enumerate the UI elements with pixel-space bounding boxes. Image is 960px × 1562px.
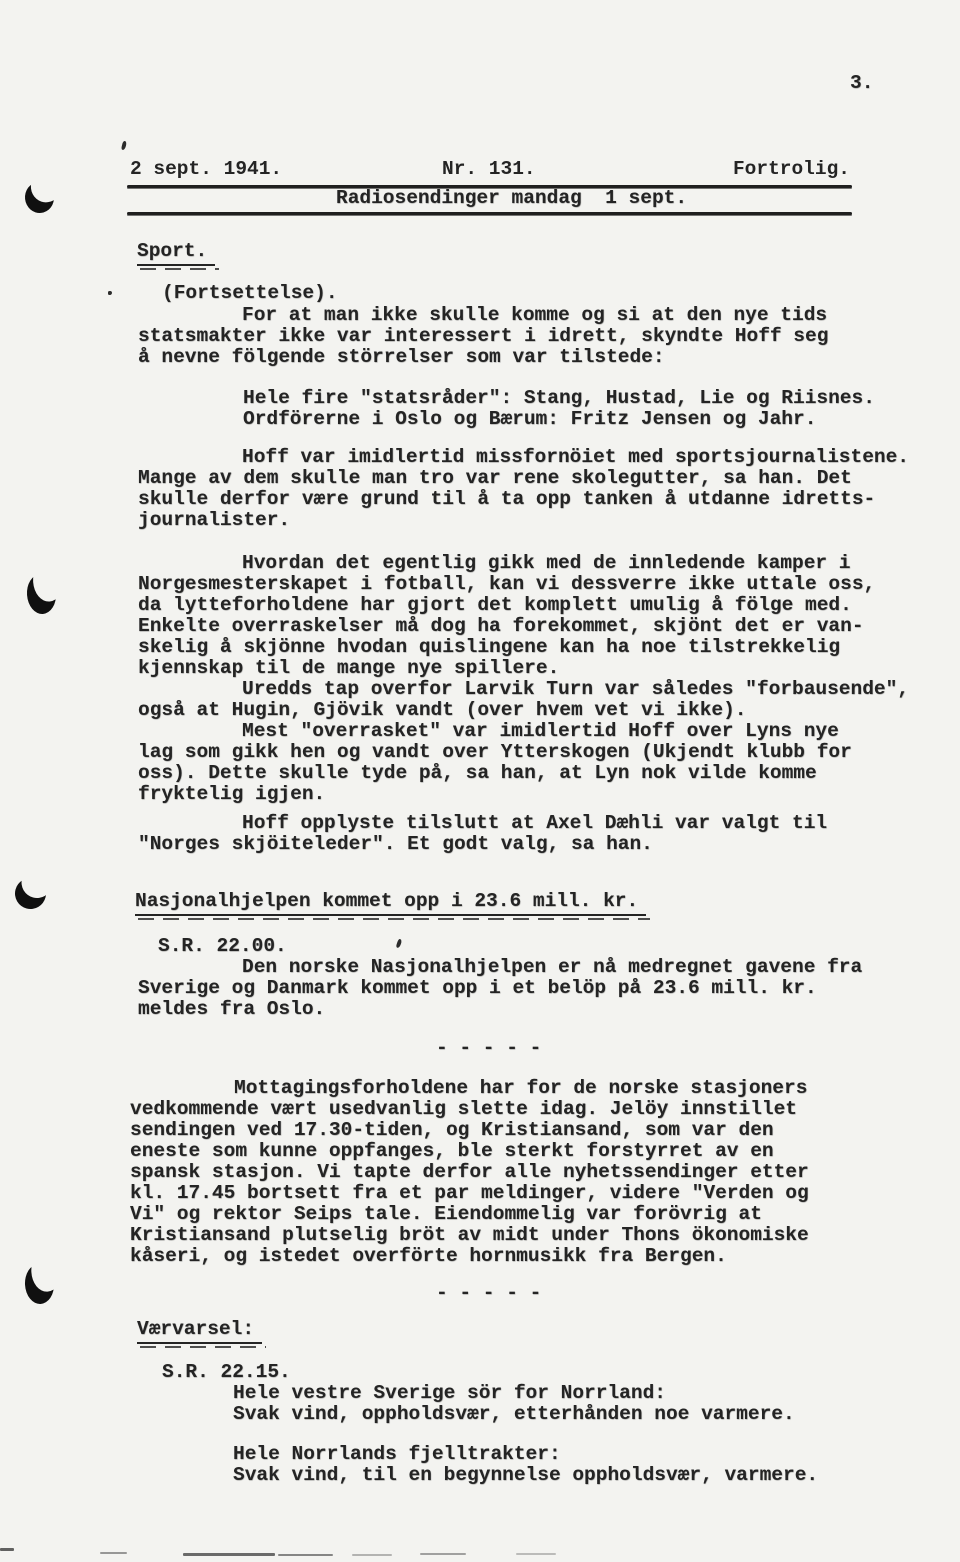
source-time-label: S.R. 22.00. — [158, 936, 287, 957]
sport-paragraph: Hvordan det egentlig gikk med de innlede… — [138, 553, 875, 679]
scan-edge-mark — [0, 1548, 14, 1551]
header-classification: Fortrolig. — [733, 159, 850, 180]
punch-hole-mark — [24, 1263, 55, 1304]
source-time-label: S.R. 22.15. — [162, 1362, 291, 1383]
sport-paragraph: For at man ikke skulle komme og si at de… — [138, 305, 828, 368]
sport-paragraph-attendees: Hele fire "statsråder": Stang, Hustad, L… — [243, 388, 875, 430]
section-heading-vaervarsel: Værvarsel: — [137, 1319, 262, 1344]
forecast-block: Hele vestre Sverige sör for Norrland: Sv… — [233, 1383, 795, 1425]
punch-hole-mark — [26, 573, 58, 615]
scan-edge-mark — [183, 1553, 275, 1556]
header-date: 2 sept. 1941. — [130, 159, 282, 180]
scanned-document-page: 3. 2 sept. 1941. Nr. 131. Fortrolig. Rad… — [0, 0, 960, 1562]
scan-edge-mark — [100, 1552, 127, 1554]
reception-paragraph: Mottagingsforholdene har for de norske s… — [130, 1078, 809, 1267]
punch-hole-mark — [23, 181, 55, 215]
nasjonalhjelpen-paragraph: Den norske Nasjonalhjelpen er nå medregn… — [138, 957, 862, 1020]
ink-speck — [108, 291, 112, 295]
scan-edge-mark — [516, 1553, 556, 1555]
scan-edge-mark — [278, 1554, 333, 1556]
forecast-block: Hele Norrlands fjelltrakter: Svak vind, … — [233, 1444, 818, 1486]
nasjonalhjelpen-heading-text: Nasjonalhjelpen kommet opp i 23.6 mill. … — [135, 891, 646, 916]
header-rule-bottom — [127, 212, 852, 215]
scan-edge-mark — [420, 1553, 466, 1555]
document-header-row: 2 sept. 1941. Nr. 131. Fortrolig. — [130, 159, 850, 182]
page-number: 3. — [850, 73, 873, 94]
vaervarsel-heading-text: Værvarsel: — [137, 1319, 262, 1344]
dash-separator: - - - - - — [436, 1283, 541, 1304]
ink-speck — [396, 939, 403, 949]
punch-hole-mark — [13, 876, 48, 911]
sport-paragraph: Hoff var imidlertid missfornöiet med spo… — [138, 447, 909, 531]
header-issue-number: Nr. 131. — [442, 159, 536, 180]
continuation-note: (Fortsettelse). — [162, 283, 338, 304]
sport-paragraph: Mest "overrasket" var imidlertid Hoff ov… — [138, 721, 852, 805]
section-heading-nasjonalhjelpen: Nasjonalhjelpen kommet opp i 23.6 mill. … — [135, 891, 646, 916]
sport-heading-text: Sport. — [137, 241, 215, 266]
dash-separator: - - - - - — [436, 1038, 541, 1059]
section-heading-sport: Sport. — [137, 241, 215, 266]
ink-speck — [121, 141, 127, 151]
sport-paragraph: Hoff opplyste tilslutt at Axel Dæhli var… — [138, 813, 827, 855]
scan-edge-mark — [352, 1554, 392, 1556]
sport-paragraph: Uredds tap overfor Larvik Turn var såled… — [138, 679, 909, 721]
header-subtitle: Radiosendinger mandag 1 sept. — [336, 188, 687, 209]
